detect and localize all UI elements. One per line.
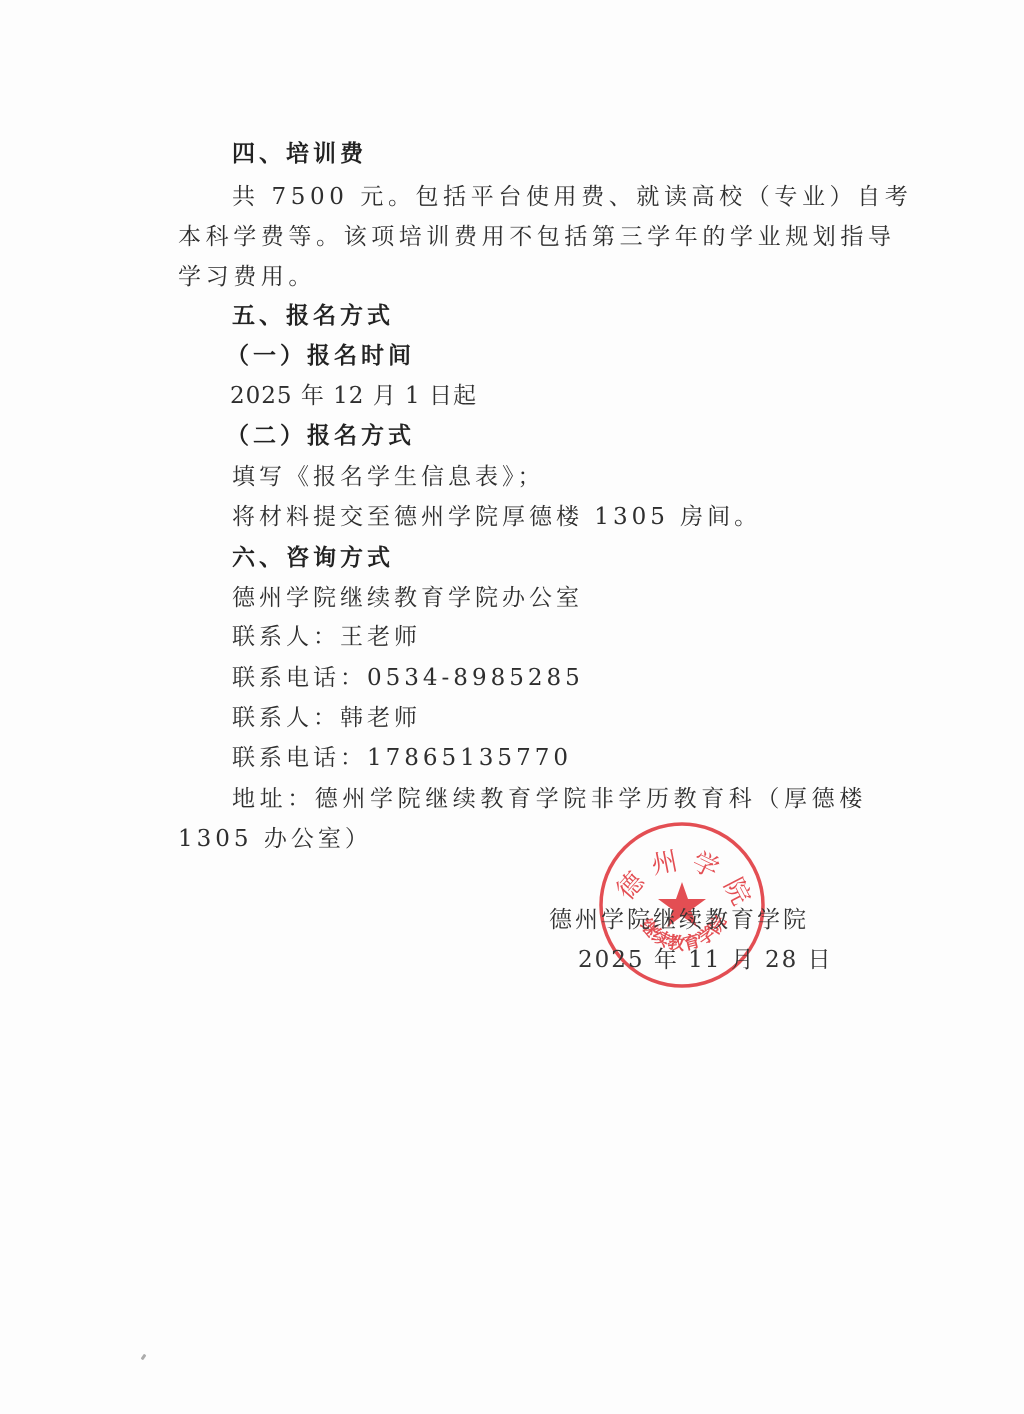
signature-date: 2025 年 11 月 28 日 — [578, 945, 833, 975]
contact2-name: 联系人：韩老师 — [232, 703, 421, 733]
signature-organization: 德州学院继续教育学院 — [549, 905, 809, 935]
registration-method-line1: 填写《报名学生信息表》； — [232, 462, 545, 492]
registration-method-line2: 将材料提交至德州学院厚德楼 1305 房间。 — [232, 502, 761, 532]
address-line1: 地址：德州学院继续教育学院非学历教育科（厚德楼 — [232, 784, 867, 814]
contact2-phone: 联系电话：17865135770 — [232, 743, 572, 773]
document-page: 四、培训费 共 7500 元。包括平台使用费、就读高校（专业）自考 本科学费等。… — [0, 0, 1024, 1414]
scan-speck — [141, 1354, 147, 1361]
subheading-registration-method: （二）报名方式 — [226, 421, 415, 451]
contact1-phone: 联系电话：0534-8985285 — [232, 663, 584, 693]
section-heading-registration: 五、报名方式 — [232, 301, 394, 331]
registration-time-text: 2025 年 12 月 1 日起 — [230, 381, 477, 411]
address-line2: 1305 办公室） — [178, 824, 372, 854]
contact1-name: 联系人：王老师 — [232, 622, 421, 652]
training-fee-paragraph-line3: 学习费用。 — [178, 262, 316, 292]
consultation-office: 德州学院继续教育学院办公室 — [232, 583, 583, 613]
subheading-registration-time: （一）报名时间 — [226, 341, 415, 371]
section-heading-consultation: 六、咨询方式 — [232, 543, 394, 573]
training-fee-paragraph-line1: 共 7500 元。包括平台使用费、就读高校（专业）自考 — [232, 182, 912, 212]
training-fee-paragraph-line2: 本科学费等。该项培训费用不包括第三学年的学业规划指导 — [178, 222, 896, 252]
section-heading-training-fee: 四、培训费 — [232, 139, 367, 169]
